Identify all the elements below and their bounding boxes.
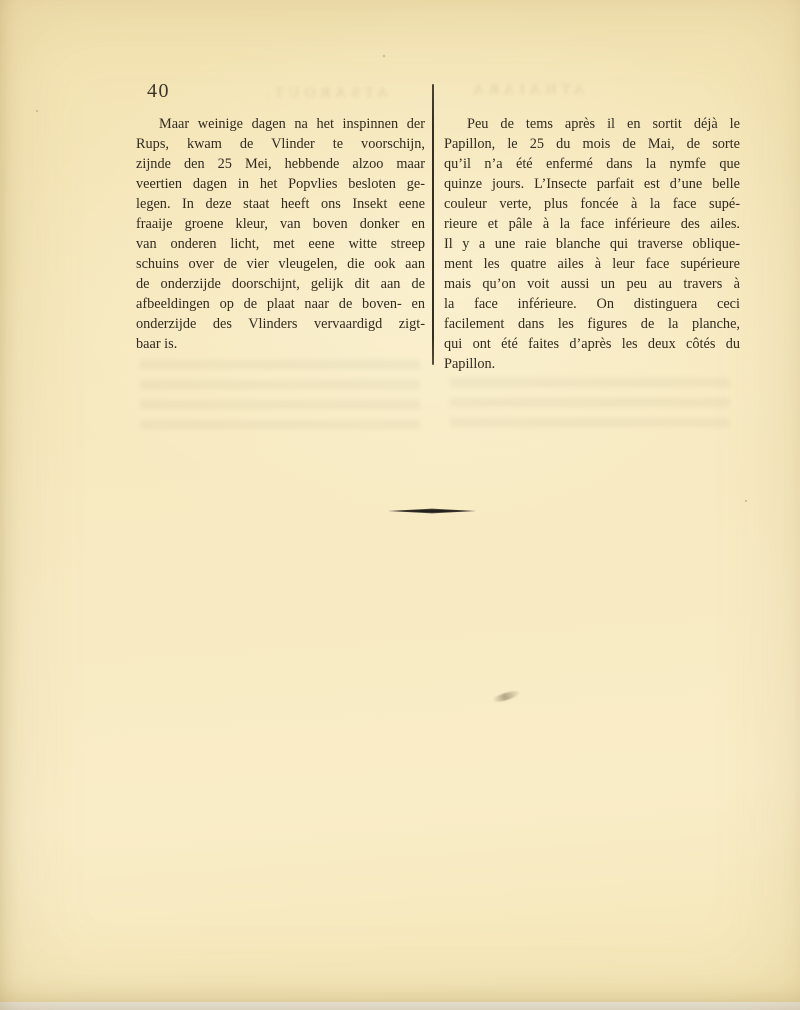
pencil-smudge	[492, 689, 521, 704]
text-line: van onderen licht, met eene witte streep	[136, 234, 425, 254]
showthrough-text-left: ATSAROUT.	[262, 85, 388, 102]
text-line: schuins over de vier vleugelen, die ook …	[136, 254, 425, 274]
text-line: qu’il n’a été enfermé dans la nymfe que	[444, 154, 740, 174]
text-line: Il y a une raie blanche qui traverse obl…	[444, 234, 740, 254]
text-line: facilement dans les figures de la planch…	[444, 314, 740, 334]
text-line: fraaije groene kleur, van boven donker e…	[136, 214, 425, 234]
text-line: zijnde den 25 Mei, hebbende alzoo maar	[136, 154, 425, 174]
text-line: la face inférieure. On distinguera ceci	[444, 294, 740, 314]
column-divider-rule	[432, 84, 434, 365]
text-line: couleur verte, plus foncée à la face sup…	[444, 194, 740, 214]
text-line: de onderzijde doorschijnt, gelijk dit aa…	[136, 274, 425, 294]
text-line: Rups, kwam de Vlinder te voorschijn,	[136, 134, 425, 154]
text-line: Maar weinige dagen na het inspinnen der	[136, 114, 425, 134]
text-line: legen. In deze staat heeft ons Insekt ee…	[136, 194, 425, 214]
text-line: baar is.	[136, 334, 425, 354]
showthrough-paragraph-ghost	[140, 360, 420, 430]
left-column-dutch-text: Maar weinige dagen na het inspinnen der …	[136, 114, 425, 354]
text-line: qui ont été faites d’après les deux côté…	[444, 334, 740, 354]
text-line: onderzijde des Vlinders vervaardigd zigt…	[136, 314, 425, 334]
text-line: Peu de tems après il en sortit déjà le	[444, 114, 740, 134]
text-line: Papillon.	[444, 354, 740, 374]
showthrough-paragraph-ghost	[450, 378, 730, 433]
text-line: mais qu’on voit aussi un peu au travers …	[444, 274, 740, 294]
right-column-french-text: Peu de tems après il en sortit déjà le P…	[444, 114, 740, 374]
paper-speck	[745, 500, 747, 502]
paper-speck	[383, 55, 385, 57]
scan-edge-strip	[0, 1002, 800, 1010]
text-line: afbeeldingen op de plaat naar de boven- …	[136, 294, 425, 314]
paper-speck	[36, 110, 38, 112]
text-line: quinze jours. L’Insecte parfait est d’un…	[444, 174, 740, 194]
text-line: ment les quatre ailes à leur face supéri…	[444, 254, 740, 274]
text-line: rieure et pâle à la face inférieure des …	[444, 214, 740, 234]
text-line: veertien dagen in het Popvlies besloten …	[136, 174, 425, 194]
text-line: Papillon, le 25 du mois de Mai, de sorte	[444, 134, 740, 154]
showthrough-text-right: ATHAIARA	[468, 82, 585, 99]
page-number: 40	[147, 80, 170, 103]
section-separator-rule	[388, 508, 476, 514]
